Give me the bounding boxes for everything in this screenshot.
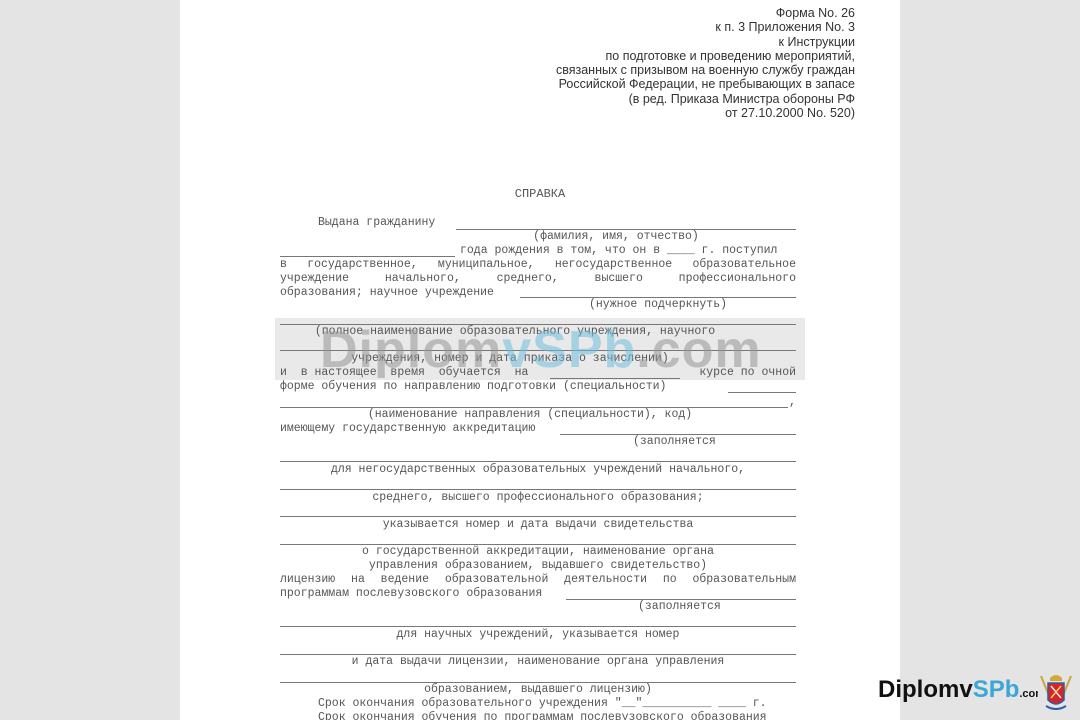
header-line: к п. 3 Приложения No. 3 <box>556 20 855 34</box>
header-line: от 27.10.2000 No. 520) <box>556 106 855 120</box>
header-line: к Инструкции <box>556 35 855 49</box>
end-date-text: Срок окончания образовательного учрежден… <box>318 697 834 711</box>
nongov-line-1 <box>280 461 796 462</box>
license-text-1: лицензию на ведение образовательной деят… <box>280 573 796 587</box>
coat-of-arms-icon <box>1038 672 1074 712</box>
header-line: по подготовке и проведению мероприятий, <box>556 49 855 63</box>
nongov-hint-3: указывается номер и дата выдачи свидетел… <box>280 518 796 532</box>
nongov-hint-1: для негосударственных образовательных уч… <box>280 463 796 477</box>
direction-hint: (наименование направления (специальности… <box>280 408 780 422</box>
header-line: Российской Федерации, не пребывающих в з… <box>556 77 855 91</box>
institution-levels: учреждение начального, среднего, высшего… <box>280 272 796 286</box>
nongov-line-2 <box>280 489 796 490</box>
specialty-line-a <box>728 392 796 393</box>
header-line: связанных с призывом на военную службу г… <box>556 63 855 77</box>
filled-hint-1: (заполняется <box>633 435 1080 449</box>
end-postgrad-text: Срок окончания обучения по программам по… <box>318 711 834 720</box>
underline-hint: (нужное подчеркнуть) <box>520 298 796 312</box>
sci-line-1 <box>280 626 796 627</box>
form-header: Форма No. 26 к п. 3 Приложения No. 3 к И… <box>556 6 855 120</box>
header-line: Форма No. 26 <box>556 6 855 20</box>
header-line: (в ред. Приказа Министра обороны РФ <box>556 92 855 106</box>
document-page: Форма No. 26 к п. 3 Приложения No. 3 к И… <box>180 0 900 720</box>
document-title: СПРАВКА <box>180 187 900 201</box>
watermark-text: DiplomvSPb.com <box>320 322 762 378</box>
filled-hint-2: (заполняется <box>638 600 1080 614</box>
birth-date-line <box>280 256 455 257</box>
nongov-line-3 <box>280 516 796 517</box>
study-form-label: форме обучения по направлению подготовки… <box>280 380 796 394</box>
site-logo[interactable]: DiplomvSPb.com <box>878 676 1045 708</box>
issued-to-label: Выдана гражданину <box>318 216 834 230</box>
comma: , <box>789 396 799 410</box>
sci-hint-2: и дата выдачи лицензии, наименование орг… <box>280 655 796 669</box>
sci-hint-1: для научных учреждений, указывается номе… <box>280 628 796 642</box>
fio-hint: (фамилия, имя, отчество) <box>436 230 796 244</box>
sci-hint-3: образованием, выдавшего лицензию) <box>280 683 796 697</box>
nongov-hint-4: о государственной аккредитации, наименов… <box>280 545 796 559</box>
nongov-hint-5: управления образованием, выдавшего свиде… <box>280 559 796 573</box>
birth-year-text: года рождения в том, что он в ____ г. по… <box>460 244 976 258</box>
nongov-hint-2: среднего, высшего профессионального обра… <box>280 491 796 505</box>
institution-types: в государственное, муниципальное, негосу… <box>280 258 796 272</box>
